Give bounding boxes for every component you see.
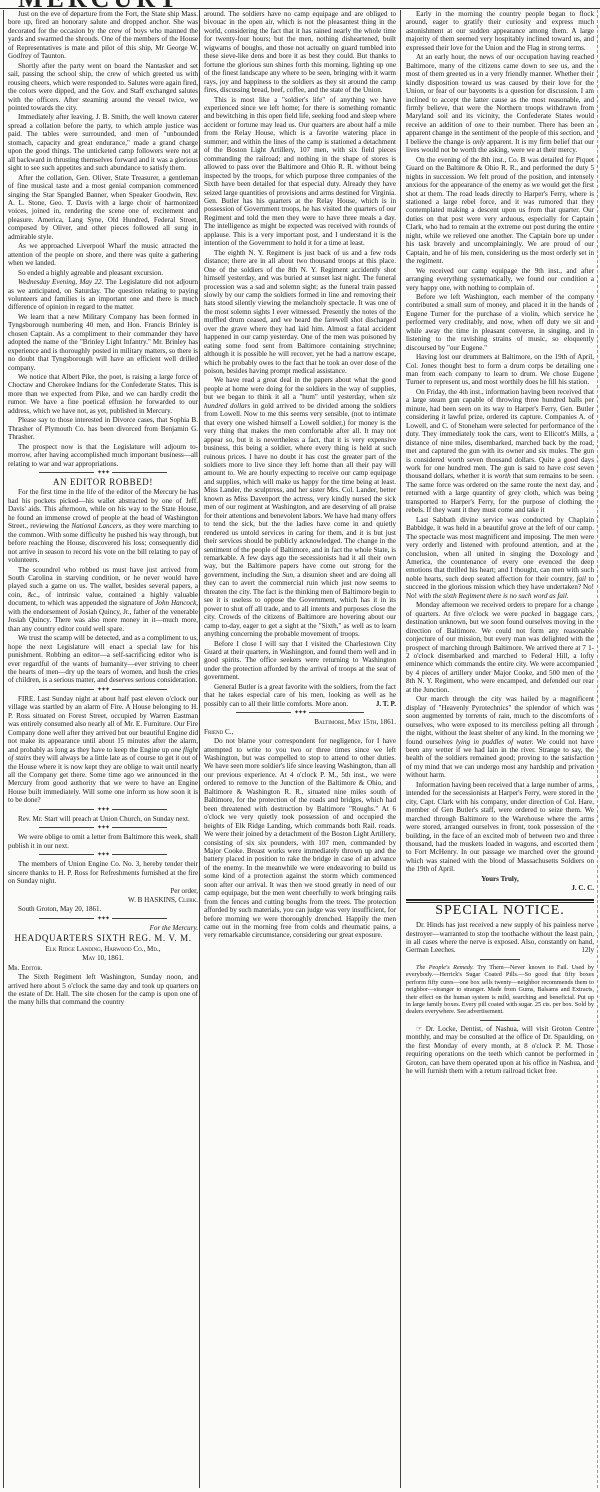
masthead-rule bbox=[0, 8, 600, 9]
ornament-divider: ✦✦✦ bbox=[8, 825, 198, 831]
article-paragraph: On the evening of the 8th inst., Co. B w… bbox=[406, 156, 594, 266]
text-run: a disunion sheet and are doing all they … bbox=[204, 571, 396, 638]
locke-notice: ☞ Dr. Locke, Dentist, of Nashua, will vi… bbox=[406, 1025, 594, 1076]
legislature-paragraph: Wednesday Evening, May 22. The Legislatu… bbox=[8, 278, 198, 312]
headquarters-place: Elk Ridge Landing, Harwood Co., Md., bbox=[8, 945, 198, 953]
article-paragraph: After the collation, Gen. Oliver, State … bbox=[8, 174, 198, 242]
ornament-divider: ✦✦✦ bbox=[8, 852, 198, 858]
article-paragraph: Shortly after the party went on board th… bbox=[8, 62, 198, 113]
short-rule bbox=[480, 959, 520, 960]
ornament-divider: ✦✦✦ bbox=[204, 710, 396, 716]
hinds-notice: Dr. Hinds has just received a new supply… bbox=[406, 921, 594, 955]
column-3: Early in the morning the country people … bbox=[406, 10, 594, 1077]
headquarters-date: May 10, 1861. bbox=[8, 954, 198, 962]
engine-thanks: The members of Union Engine Co. No. 3, h… bbox=[8, 860, 198, 885]
text-run: At an early hour, the news of our occupa… bbox=[406, 53, 594, 129]
article-paragraph: On Friday, the 4th inst., information ha… bbox=[406, 388, 594, 515]
for-the-mercury: For the Mercury. bbox=[8, 924, 198, 932]
article-paragraph: Last Sabbath divine service was conducte… bbox=[406, 516, 594, 601]
article-paragraph: Early in the morning the country people … bbox=[406, 10, 594, 52]
text-run: Last Sabbath divine service was conducte… bbox=[406, 516, 594, 583]
text-run: lying in puddles of water. bbox=[456, 738, 534, 746]
signature: J. C. C. bbox=[406, 884, 594, 892]
article-paragraph: Information having been received that a … bbox=[406, 781, 594, 874]
page-edge bbox=[597, 10, 598, 1488]
article-paragraph: We trust the scamp will be detected, and… bbox=[8, 634, 198, 685]
article-paragraph: General Butler is a great favorite with … bbox=[204, 683, 396, 708]
text-run: in gold arrived to be divided among the … bbox=[204, 402, 396, 579]
article-paragraph: As we approached Liverpool Wharf the mus… bbox=[8, 242, 198, 267]
column-1: Just on the eve of departure from the Fo… bbox=[8, 10, 198, 1008]
column-rule bbox=[400, 10, 401, 1488]
ornament-divider: ✦✦✦ bbox=[8, 687, 198, 693]
salutation: Friend C., bbox=[204, 728, 396, 736]
text-run: We have read a great deal in the papers … bbox=[204, 376, 396, 401]
column-rule bbox=[199, 10, 200, 1488]
article-paragraph: around. The soldiers have no camp equipa… bbox=[204, 10, 396, 95]
article-paragraph: Please say to those interested in Divorc… bbox=[8, 416, 198, 441]
text-run: worth bbox=[494, 472, 511, 480]
text-run: Dr. Hinds has just received a new supply… bbox=[406, 921, 594, 954]
article-paragraph: The Sixth Regiment left Washington, Sund… bbox=[8, 973, 198, 1007]
text-run: For the Mercury. bbox=[150, 924, 198, 932]
article-paragraph: This is most like a "soldier's life" of … bbox=[204, 96, 396, 248]
short-rule bbox=[480, 1020, 520, 1021]
text-run: fail bbox=[577, 575, 586, 583]
clerk-signature: W. B HASKINS, Clerk. bbox=[8, 896, 198, 904]
letter-notice: We were oblige to omit a letter from Bal… bbox=[8, 833, 198, 850]
text-run: they will always be a little late as of … bbox=[8, 754, 198, 804]
text-run: FIRE. Last Sunday night at about half pa… bbox=[8, 695, 198, 754]
article-paragraph: Just on the eve of departure from the Fo… bbox=[8, 10, 198, 61]
article-paragraph: At an early hour, the news of our occupa… bbox=[406, 53, 594, 154]
article-paragraph: Our march through the city was hailed by… bbox=[406, 695, 594, 780]
article-paragraph: We learn that a new Military Company has… bbox=[8, 313, 198, 372]
column-rule bbox=[3, 10, 4, 1488]
article-paragraph: We have read a great deal in the papers … bbox=[204, 376, 396, 638]
baltimore-dateline: Baltimore, May 15th, 1861. bbox=[204, 718, 396, 726]
article-paragraph: Before we left Washington, each member o… bbox=[406, 293, 594, 352]
text-run: packed bbox=[521, 610, 541, 618]
headquarters-heading: HEADQUARTERS SIXTH REG. M. V. M. bbox=[8, 934, 198, 942]
article-paragraph: We notice that Albert Pike, the poet, is… bbox=[8, 373, 198, 415]
text-run: with the sixth Regiment there is no such… bbox=[419, 592, 569, 600]
per-order: Per order, bbox=[8, 887, 198, 895]
text-run: one bbox=[475, 121, 485, 129]
church-notice: Rev. Mr. Start will preach at Union Chur… bbox=[8, 815, 198, 823]
ornament-divider: ✦✦✦ bbox=[8, 807, 198, 813]
text-run: National Lancers, bbox=[72, 522, 124, 530]
ornament-divider: ✦✦✦ bbox=[8, 916, 198, 922]
article-paragraph: Monday afternoon we received orders to p… bbox=[406, 601, 594, 694]
article-paragraph: The prospect now is that the Legislature… bbox=[8, 443, 198, 468]
special-notice-heading: SPECIAL NOTICE. bbox=[406, 907, 594, 915]
text-run: The People's Remedy. bbox=[416, 964, 474, 971]
dateline: Wednesday Evening, May 22. bbox=[18, 278, 103, 286]
headline-editor-robbed: AN EDITOR ROBBED! bbox=[8, 478, 198, 486]
text-run: On Friday, the 4th inst., information ha… bbox=[406, 388, 594, 472]
article-paragraph: So ended a highly agreable and pleasant … bbox=[8, 269, 198, 277]
text-run: with the endorsement of Josiah Quincy, J… bbox=[8, 608, 198, 633]
article-paragraph: Before I close I will say that I visited… bbox=[204, 640, 396, 682]
article-paragraph: The scoundrel who robbed us must have ju… bbox=[8, 566, 198, 634]
text-run: Try Them—Never known to Fail. Used by ev… bbox=[406, 964, 594, 1015]
text-run: 12ly bbox=[571, 946, 594, 954]
masthead: MERCURY bbox=[0, 0, 600, 10]
salutation: Mr. Editor. bbox=[8, 964, 198, 972]
fire-notice: FIRE. Last Sunday night at about half pa… bbox=[8, 695, 198, 805]
text-run: in baggage cars, destination unknown, bu… bbox=[406, 610, 594, 694]
text-run: cost bbox=[564, 464, 575, 472]
ornament-divider: ✦✦✦ bbox=[8, 470, 198, 476]
article-paragraph: Do not blame your correspondent for negl… bbox=[204, 737, 396, 940]
article-paragraph: We received our camp equipage the 9th in… bbox=[406, 267, 594, 292]
closing: Yours Truly, bbox=[406, 875, 594, 883]
text-run: John Hancock, bbox=[155, 599, 198, 607]
article-paragraph: The eighth N. Y. Regiment is just back o… bbox=[204, 249, 396, 376]
groton-dateline: South Groton, May 20, 1861. bbox=[8, 905, 198, 913]
pointing-hand-icon: ☞ bbox=[416, 1025, 422, 1033]
signature: J. T. P. bbox=[366, 700, 396, 708]
article-paragraph: For the first time in the life of the ed… bbox=[8, 488, 198, 564]
column-2: around. The soldiers have no camp equipa… bbox=[204, 10, 396, 941]
article-paragraph: Immediately after leaving, J. B. Smith, … bbox=[8, 113, 198, 172]
text-run: Dr. Locke, Dentist, of Nashua, will visi… bbox=[406, 1025, 594, 1075]
text-run: Sun, bbox=[282, 571, 294, 579]
article-paragraph: Having lost our drummers at Baltimore, o… bbox=[406, 353, 594, 387]
text-run: only bbox=[473, 138, 485, 146]
peoples-remedy-notice: The People's Remedy. Try Them—Never know… bbox=[406, 964, 594, 1016]
